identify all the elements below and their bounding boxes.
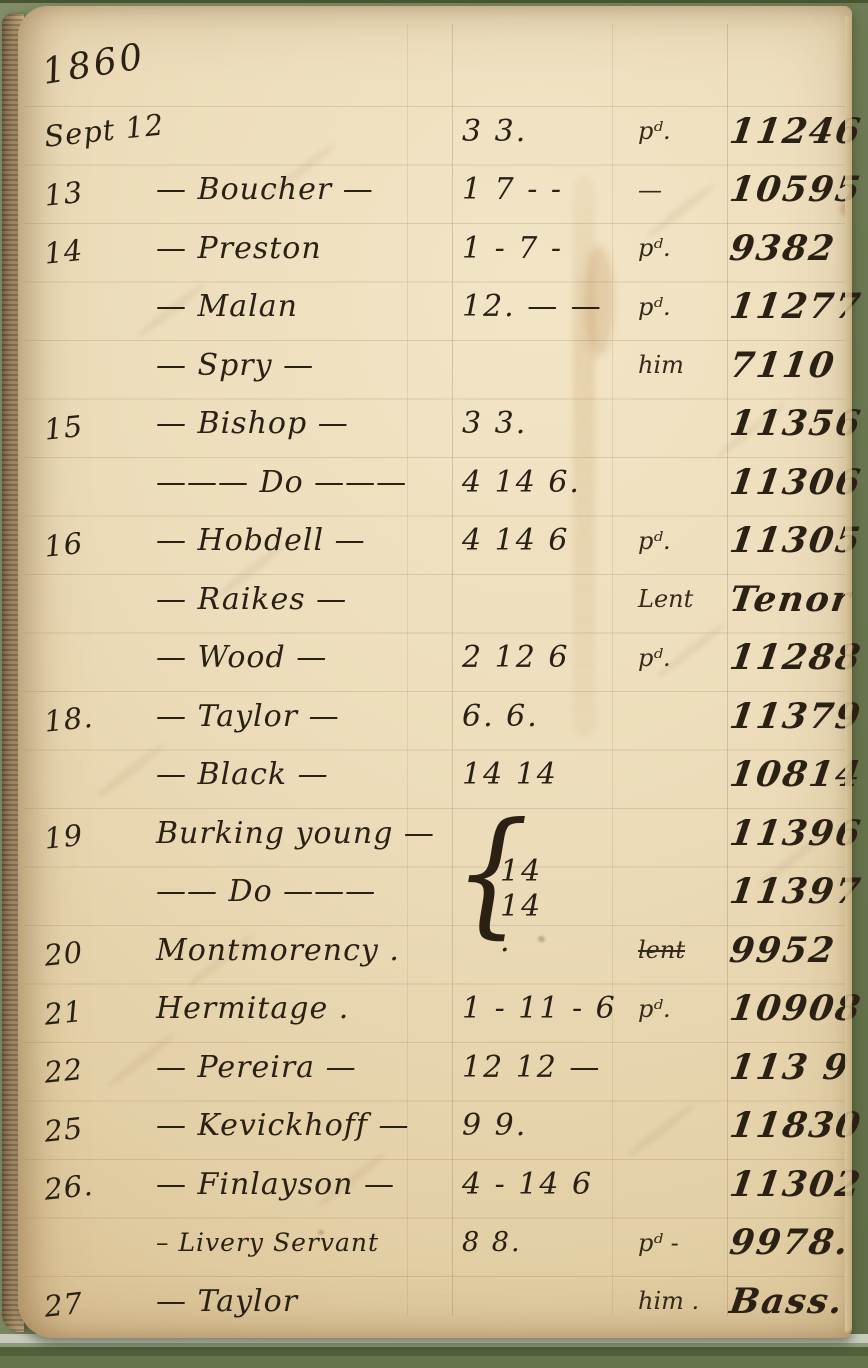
year-heading: 1860 <box>39 36 148 93</box>
entry-day: 16 <box>43 518 158 564</box>
scan-bottom-edge <box>0 1334 868 1368</box>
entry-name: — Hobdell — <box>156 523 462 558</box>
entry-day <box>44 476 155 488</box>
entry-amount: 8 8. <box>462 1227 638 1258</box>
entry-amount: 12. — — <box>462 289 638 324</box>
entry-day: 26. <box>43 1161 158 1207</box>
entry-name: — Malan <box>156 289 462 324</box>
ledger-page: 1860 Sept 12 3 3. pᵈ. 11246 13 — Boucher… <box>18 6 852 1338</box>
ledger-row: Sept 12 3 3. pᵈ. 11246 <box>44 102 844 161</box>
entry-day <box>44 359 155 371</box>
ledger-row: — Wood — 2 12 6 pᵈ. 11288 <box>44 629 844 688</box>
ledger-row: — Black — 14 14 10814 <box>44 746 844 805</box>
entry-number: 9952 <box>727 930 847 971</box>
ledger-row: — Raikes — Lent Tenor <box>44 570 844 629</box>
ledger-row: 27 — Taylor him . Bass. <box>44 1272 844 1331</box>
entry-paid-mark: pᵈ. <box>638 644 730 672</box>
entry-name: Montmorency . <box>156 933 462 968</box>
entry-name: — Finlayson — <box>156 1167 462 1202</box>
entry-name: Hermitage . <box>156 991 462 1026</box>
ledger-row: 16 — Hobdell — 4 14 6 pᵈ. 11305 <box>44 512 844 571</box>
entry-amount: 1 - 7 - <box>462 231 638 266</box>
entry-day <box>44 652 155 664</box>
entry-paid-mark: Lent <box>638 585 730 613</box>
entry-paid-mark: pᵈ. <box>638 995 730 1023</box>
entry-number: 7110 <box>727 345 847 386</box>
entry-name: — Boucher — <box>156 172 462 207</box>
entry-amount: 1 - 11 - 6 <box>462 991 638 1026</box>
ledger-row: – Livery Servant 8 8. pᵈ - 9978. <box>44 1214 844 1273</box>
entry-name: — Spry — <box>156 348 462 383</box>
ledger-row: 22 — Pereira — 12 12 — 113 9 <box>44 1038 844 1097</box>
ledger-row: 14 — Preston 1 - 7 - pᵈ. 9382 <box>44 219 844 278</box>
entry-name: — Black — <box>156 757 462 792</box>
entry-day: 22 <box>43 1044 158 1090</box>
entry-amount: 3 3. <box>462 114 638 149</box>
entry-paid-mark: lent <box>638 936 730 964</box>
entry-day <box>44 1237 155 1249</box>
entry-day: 25 <box>43 1103 158 1149</box>
entry-amount: 4 14 6. <box>462 465 638 500</box>
entry-amount: 12 12 — <box>462 1050 638 1085</box>
entry-paid-mark: him . <box>638 1287 730 1315</box>
entry-amount: 4 - 14 6 <box>462 1167 638 1202</box>
entry-amount: 4 14 6 <box>462 523 638 558</box>
entry-day: 20 <box>43 927 158 973</box>
ledger-row: 19 Burking young — 11396 <box>44 804 844 863</box>
entry-paid-mark: pᵈ. <box>638 117 730 145</box>
entry-name: — Bishop — <box>156 406 462 441</box>
ledger-row: 18. — Taylor — 6. 6. 11379 <box>44 687 844 746</box>
entry-paid-mark: pᵈ. <box>638 527 730 555</box>
entry-name: – Livery Servant <box>156 1228 462 1257</box>
entry-day: 19 <box>43 810 158 856</box>
entry-day <box>44 769 155 781</box>
ledger-row: —— Do ——— 11397 <box>44 863 844 922</box>
entry-day: 27 <box>43 1278 158 1324</box>
entry-number: 9978. <box>727 1222 852 1263</box>
entry-paid-mark: pᵈ - <box>638 1229 730 1257</box>
entry-day <box>44 301 155 313</box>
entry-number: 9382 <box>727 228 847 269</box>
entry-amount: 1 7 - - <box>462 172 638 207</box>
ledger-row: 21 Hermitage . 1 - 11 - 6 pᵈ. 10908 <box>44 980 844 1039</box>
entry-number: 113 9 <box>727 1047 852 1088</box>
entry-name: — Pereira — <box>156 1050 462 1085</box>
entry-name: — Kevickhoff — <box>156 1108 462 1143</box>
entry-day: 13 <box>43 167 158 213</box>
ledger-row: ——— Do ——— 4 14 6. 11306 <box>44 453 844 512</box>
ledger-row: 26. — Finlayson — 4 - 14 6 11302 <box>44 1155 844 1214</box>
entry-day: 15 <box>43 401 158 447</box>
ledger-row: 13 — Boucher — 1 7 - - — 10595 <box>44 161 844 220</box>
entry-name: — Preston <box>156 231 462 266</box>
entry-number: Bass. <box>727 1281 847 1322</box>
ledger-row: — Spry — him 7110 <box>44 336 844 395</box>
ledger-row: — Malan 12. — — pᵈ. 11277 <box>44 278 844 337</box>
entry-name: — Taylor — <box>156 699 462 734</box>
entry-day: 14 <box>43 225 158 271</box>
page-right-edge <box>845 16 852 1332</box>
entry-paid-mark: pᵈ. <box>638 293 730 321</box>
ledger-row: 25 — Kevickhoff — 9 9. 11830 <box>44 1097 844 1156</box>
entry-day: 18. <box>43 693 158 739</box>
entry-name: — Raikes — <box>156 582 462 617</box>
entry-name: — Wood — <box>156 640 462 675</box>
entry-name: —— Do ——— <box>156 874 462 909</box>
entry-day <box>44 886 155 898</box>
entry-name: — Taylor <box>156 1284 462 1319</box>
entry-name: ——— Do ——— <box>156 465 462 500</box>
entry-name: Burking young — <box>156 816 462 851</box>
entry-day: 21 <box>43 986 158 1032</box>
ledger-row: 20 Montmorency . lent 9952 <box>44 921 844 980</box>
entry-day: Sept 12 <box>43 108 158 154</box>
entry-paid-mark: him <box>638 351 730 379</box>
entry-amount: 2 12 6 <box>462 640 638 675</box>
entry-amount: 3 3. <box>462 406 638 441</box>
entry-paid-mark: pᵈ. <box>638 234 730 262</box>
entry-number: Tenor <box>727 579 854 620</box>
ledger-row: 15 — Bishop — 3 3. 11356 <box>44 395 844 454</box>
ledger-rows: Sept 12 3 3. pᵈ. 11246 13 — Boucher — 1 … <box>44 102 844 1331</box>
entry-amount: 6. 6. <box>462 699 638 734</box>
entry-amount: 14 14 <box>462 757 638 792</box>
entry-paid-mark: — <box>638 176 730 204</box>
brace-amount: 14 14 . <box>500 854 542 959</box>
entry-day <box>44 593 155 605</box>
entry-amount: 9 9. <box>462 1108 638 1143</box>
brace-group: { 14 14 . <box>454 806 529 938</box>
